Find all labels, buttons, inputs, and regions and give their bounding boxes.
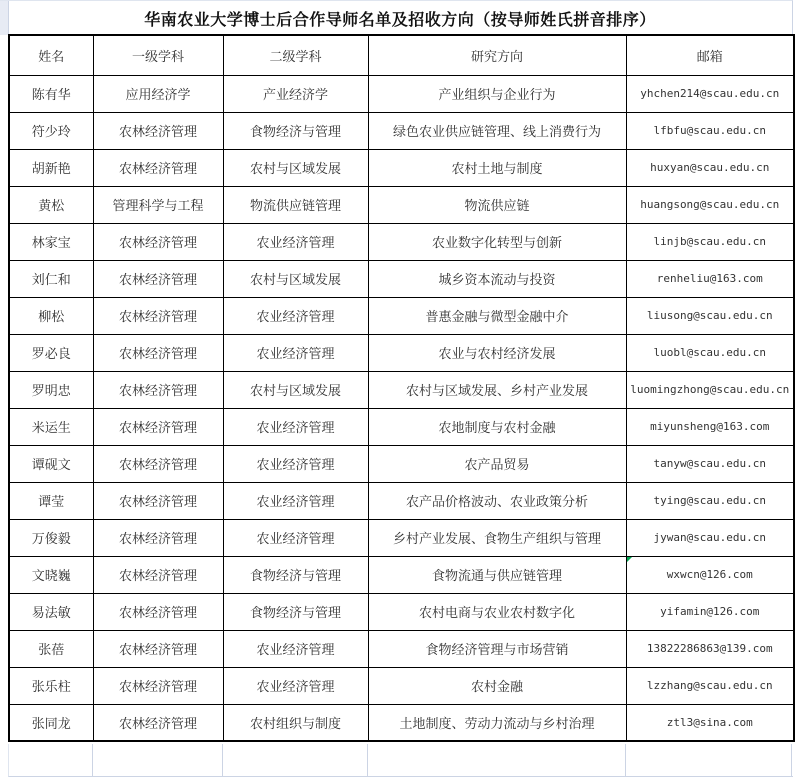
research-cell: 农业数字化转型与创新 bbox=[368, 223, 626, 260]
email-cell: huxyan@scau.edu.cn bbox=[626, 149, 794, 186]
email-cell: luomingzhong@scau.edu.cn bbox=[626, 371, 794, 408]
discipline2-cell: 农业经济管理 bbox=[223, 408, 368, 445]
email-cell: luobl@scau.edu.cn bbox=[626, 334, 794, 371]
name-cell: 黄松 bbox=[9, 186, 93, 223]
research-cell: 农产品价格波动、农业政策分析 bbox=[368, 482, 626, 519]
discipline1-cell: 农林经济管理 bbox=[93, 149, 223, 186]
discipline2-cell: 农村与区域发展 bbox=[223, 371, 368, 408]
email-cell: liusong@scau.edu.cn bbox=[626, 297, 794, 334]
email-cell: tanyw@scau.edu.cn bbox=[626, 445, 794, 482]
discipline2-cell: 农业经济管理 bbox=[223, 630, 368, 667]
table-row: 文晓巍农林经济管理食物经济与管理食物流通与供应链管理wxwcn@126.com bbox=[9, 556, 794, 593]
name-cell: 符少玲 bbox=[9, 112, 93, 149]
research-cell: 农村电商与农业农村数字化 bbox=[368, 593, 626, 630]
discipline2-cell: 农业经济管理 bbox=[223, 667, 368, 704]
page-title: 华南农业大学博士后合作导师名单及招收方向（按导师姓氏拼音排序） bbox=[8, 0, 793, 35]
discipline2-cell: 农业经济管理 bbox=[223, 297, 368, 334]
table-body: 陈有华应用经济学产业经济学产业组织与企业行为yhchen214@scau.edu… bbox=[9, 75, 794, 741]
table-row: 罗必良农林经济管理农业经济管理农业与农村经济发展luobl@scau.edu.c… bbox=[9, 334, 794, 371]
discipline1-cell: 农林经济管理 bbox=[93, 112, 223, 149]
discipline2-cell: 农业经济管理 bbox=[223, 482, 368, 519]
research-cell: 城乡资本流动与投资 bbox=[368, 260, 626, 297]
email-cell: jywan@scau.edu.cn bbox=[626, 519, 794, 556]
table-row: 刘仁和农林经济管理农村与区域发展城乡资本流动与投资renheliu@163.co… bbox=[9, 260, 794, 297]
name-cell: 谭莹 bbox=[9, 482, 93, 519]
empty-grid-cell bbox=[9, 744, 93, 776]
name-cell: 米运生 bbox=[9, 408, 93, 445]
research-cell: 农业与农村经济发展 bbox=[368, 334, 626, 371]
research-cell: 乡村产业发展、食物生产组织与管理 bbox=[368, 519, 626, 556]
research-cell: 普惠金融与微型金融中介 bbox=[368, 297, 626, 334]
discipline2-cell: 农村与区域发展 bbox=[223, 260, 368, 297]
column-header: 二级学科 bbox=[223, 35, 368, 75]
name-cell: 万俊毅 bbox=[9, 519, 93, 556]
header-row: 姓名一级学科二级学科研究方向邮箱 bbox=[9, 35, 794, 75]
email-cell: lzzhang@scau.edu.cn bbox=[626, 667, 794, 704]
discipline1-cell: 农林经济管理 bbox=[93, 297, 223, 334]
discipline1-cell: 农林经济管理 bbox=[93, 371, 223, 408]
empty-grid-cell bbox=[223, 744, 368, 776]
discipline2-cell: 农业经济管理 bbox=[223, 223, 368, 260]
discipline1-cell: 应用经济学 bbox=[93, 75, 223, 112]
name-cell: 罗必良 bbox=[9, 334, 93, 371]
discipline2-cell: 食物经济与管理 bbox=[223, 593, 368, 630]
table-row: 陈有华应用经济学产业经济学产业组织与企业行为yhchen214@scau.edu… bbox=[9, 75, 794, 112]
discipline2-cell: 食物经济与管理 bbox=[223, 556, 368, 593]
table-row: 林家宝农林经济管理农业经济管理农业数字化转型与创新linjb@scau.edu.… bbox=[9, 223, 794, 260]
column-header: 邮箱 bbox=[626, 35, 794, 75]
research-cell: 农村金融 bbox=[368, 667, 626, 704]
discipline1-cell: 农林经济管理 bbox=[93, 667, 223, 704]
research-cell: 食物流通与供应链管理 bbox=[368, 556, 626, 593]
email-cell: lfbfu@scau.edu.cn bbox=[626, 112, 794, 149]
table-row: 谭莹农林经济管理农业经济管理农产品价格波动、农业政策分析tying@scau.e… bbox=[9, 482, 794, 519]
discipline2-cell: 农业经济管理 bbox=[223, 445, 368, 482]
research-cell: 食物经济管理与市场营销 bbox=[368, 630, 626, 667]
email-cell: miyunsheng@163.com bbox=[626, 408, 794, 445]
research-cell: 农地制度与农村金融 bbox=[368, 408, 626, 445]
research-cell: 物流供应链 bbox=[368, 186, 626, 223]
email-cell: renheliu@163.com bbox=[626, 260, 794, 297]
discipline1-cell: 农林经济管理 bbox=[93, 482, 223, 519]
name-cell: 罗明忠 bbox=[9, 371, 93, 408]
name-cell: 谭砚文 bbox=[9, 445, 93, 482]
email-cell: wxwcn@126.com bbox=[626, 556, 794, 593]
discipline1-cell: 农林经济管理 bbox=[93, 519, 223, 556]
email-cell: yifamin@126.com bbox=[626, 593, 794, 630]
table-row: 米运生农林经济管理农业经济管理农地制度与农村金融miyunsheng@163.c… bbox=[9, 408, 794, 445]
research-cell: 农村与区域发展、乡村产业发展 bbox=[368, 371, 626, 408]
spreadsheet-gridlines bbox=[8, 744, 793, 777]
discipline1-cell: 农林经济管理 bbox=[93, 593, 223, 630]
name-cell: 胡新艳 bbox=[9, 149, 93, 186]
table-row: 谭砚文农林经济管理农业经济管理农产品贸易tanyw@scau.edu.cn bbox=[9, 445, 794, 482]
empty-grid-cell bbox=[93, 744, 223, 776]
supervisor-table: 姓名一级学科二级学科研究方向邮箱 陈有华应用经济学产业经济学产业组织与企业行为y… bbox=[8, 34, 795, 742]
research-cell: 绿色农业供应链管理、线上消费行为 bbox=[368, 112, 626, 149]
table-row: 黄松管理科学与工程物流供应链管理物流供应链huangsong@scau.edu.… bbox=[9, 186, 794, 223]
email-cell: tying@scau.edu.cn bbox=[626, 482, 794, 519]
table-row: 张乐柱农林经济管理农业经济管理农村金融lzzhang@scau.edu.cn bbox=[9, 667, 794, 704]
discipline2-cell: 物流供应链管理 bbox=[223, 186, 368, 223]
email-cell: ztl3@sina.com bbox=[626, 704, 794, 741]
name-cell: 张蓓 bbox=[9, 630, 93, 667]
column-header: 一级学科 bbox=[93, 35, 223, 75]
name-cell: 林家宝 bbox=[9, 223, 93, 260]
research-cell: 土地制度、劳动力流动与乡村治理 bbox=[368, 704, 626, 741]
table-row: 柳松农林经济管理农业经济管理普惠金融与微型金融中介liusong@scau.ed… bbox=[9, 297, 794, 334]
empty-grid-cell bbox=[368, 744, 626, 776]
table-row: 罗明忠农林经济管理农村与区域发展农村与区域发展、乡村产业发展luomingzho… bbox=[9, 371, 794, 408]
research-cell: 农村土地与制度 bbox=[368, 149, 626, 186]
table-row: 易法敏农林经济管理食物经济与管理农村电商与农业农村数字化yifamin@126.… bbox=[9, 593, 794, 630]
research-cell: 产业组织与企业行为 bbox=[368, 75, 626, 112]
email-cell: yhchen214@scau.edu.cn bbox=[626, 75, 794, 112]
table-row: 胡新艳农林经济管理农村与区域发展农村土地与制度huxyan@scau.edu.c… bbox=[9, 149, 794, 186]
discipline1-cell: 农林经济管理 bbox=[93, 223, 223, 260]
discipline2-cell: 食物经济与管理 bbox=[223, 112, 368, 149]
column-header: 研究方向 bbox=[368, 35, 626, 75]
discipline2-cell: 产业经济学 bbox=[223, 75, 368, 112]
discipline1-cell: 农林经济管理 bbox=[93, 334, 223, 371]
table-row: 符少玲农林经济管理食物经济与管理绿色农业供应链管理、线上消费行为lfbfu@sc… bbox=[9, 112, 794, 149]
table-row: 万俊毅农林经济管理农业经济管理乡村产业发展、食物生产组织与管理jywan@sca… bbox=[9, 519, 794, 556]
column-header: 姓名 bbox=[9, 35, 93, 75]
email-cell: linjb@scau.edu.cn bbox=[626, 223, 794, 260]
name-cell: 易法敏 bbox=[9, 593, 93, 630]
discipline1-cell: 农林经济管理 bbox=[93, 556, 223, 593]
name-cell: 张同龙 bbox=[9, 704, 93, 741]
name-cell: 张乐柱 bbox=[9, 667, 93, 704]
email-cell: huangsong@scau.edu.cn bbox=[626, 186, 794, 223]
name-cell: 陈有华 bbox=[9, 75, 93, 112]
discipline2-cell: 农业经济管理 bbox=[223, 519, 368, 556]
email-cell: 13822286863@139.com bbox=[626, 630, 794, 667]
discipline1-cell: 农林经济管理 bbox=[93, 260, 223, 297]
discipline1-cell: 农林经济管理 bbox=[93, 630, 223, 667]
discipline2-cell: 农业经济管理 bbox=[223, 334, 368, 371]
name-cell: 文晓巍 bbox=[9, 556, 93, 593]
discipline2-cell: 农村与区域发展 bbox=[223, 149, 368, 186]
table-row: 张蓓农林经济管理农业经济管理食物经济管理与市场营销13822286863@139… bbox=[9, 630, 794, 667]
research-cell: 农产品贸易 bbox=[368, 445, 626, 482]
empty-grid-cell bbox=[626, 744, 792, 776]
name-cell: 刘仁和 bbox=[9, 260, 93, 297]
discipline1-cell: 农林经济管理 bbox=[93, 704, 223, 741]
discipline1-cell: 管理科学与工程 bbox=[93, 186, 223, 223]
table-row: 张同龙农林经济管理农村组织与制度土地制度、劳动力流动与乡村治理ztl3@sina… bbox=[9, 704, 794, 741]
discipline2-cell: 农村组织与制度 bbox=[223, 704, 368, 741]
discipline1-cell: 农林经济管理 bbox=[93, 445, 223, 482]
discipline1-cell: 农林经济管理 bbox=[93, 408, 223, 445]
name-cell: 柳松 bbox=[9, 297, 93, 334]
